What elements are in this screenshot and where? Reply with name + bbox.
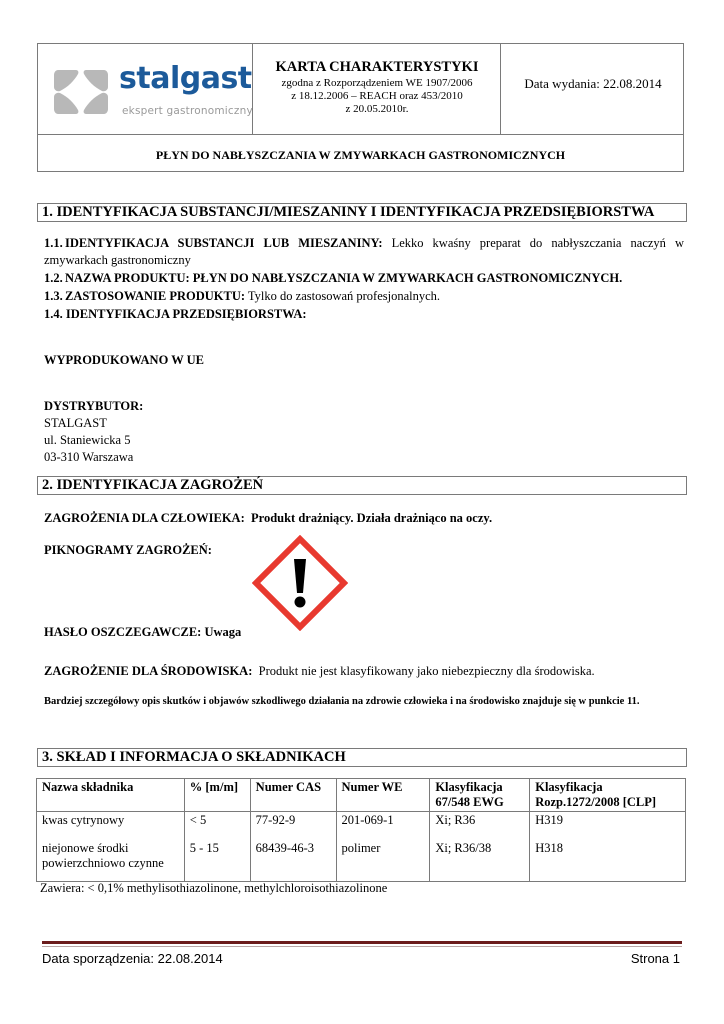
human-hazard: ZAGROŻENIA DLA CZŁOWIEKA: Produkt drażni… xyxy=(44,510,492,527)
column-header: % [m/m] xyxy=(184,779,250,812)
contains-note: Zawiera: < 0,1% methylisothiazolinone, m… xyxy=(40,880,387,897)
table-cell: 77-92-9 xyxy=(250,812,336,841)
page-number: Strona 1 xyxy=(631,951,680,966)
subsection-label: NAZWA PRODUKTU: PŁYN DO NABŁYSZCZANIA W … xyxy=(65,271,622,285)
column-header: Numer WE xyxy=(336,779,430,812)
table-cell: H318 xyxy=(530,840,686,882)
regulation-line: zgodna z Rozporządzeniem WE 1907/2006 xyxy=(254,77,500,90)
table-header-row: Nazwa składnika % [m/m] Numer CAS Numer … xyxy=(37,779,686,812)
table-row: kwas cytrynowy < 5 77-92-9 201-069-1 Xi;… xyxy=(37,812,686,841)
subsection-number: 1.4. xyxy=(44,307,63,321)
pictograms-label: PIKNOGRAMY ZAGROŻEŃ: xyxy=(44,542,212,559)
regulation-line: z 18.12.2006 – REACH oraz 453/2010 xyxy=(254,90,500,103)
subsection-1-3: 1.3.ZASTOSOWANIE PRODUKTU: Tylko do zast… xyxy=(44,288,684,305)
table-cell: polimer xyxy=(336,840,430,882)
subsection-text: Tylko do zastosowań profesjonalnych. xyxy=(245,289,440,303)
signal-word-value: Uwaga xyxy=(201,625,241,639)
table-cell: niejonowe środki powierzchniowo czynne xyxy=(37,840,185,882)
distributor-name: STALGAST xyxy=(44,415,143,432)
footer-rule-thin xyxy=(42,946,682,947)
subsection-1-2: 1.2.NAZWA PRODUKTU: PŁYN DO NABŁYSZCZANI… xyxy=(44,270,684,287)
section-2-heading: 2. IDENTYFIKACJA ZAGROŻEŃ xyxy=(37,476,687,495)
column-header: Nazwa składnika xyxy=(37,779,185,812)
signal-word-label: HASŁO OSZCZEGAWCZE: xyxy=(44,625,201,639)
environment-hazard-text: Produkt nie jest klasyfikowany jako nieb… xyxy=(252,664,594,678)
column-header: Klasyfikacja Rozp.1272/2008 [CLP] xyxy=(530,779,686,812)
table-row: niejonowe środki powierzchniowo czynne 5… xyxy=(37,840,686,882)
distributor-city: 03-310 Warszawa xyxy=(44,449,143,466)
human-hazard-label: ZAGROŻENIA DLA CZŁOWIEKA: xyxy=(44,511,245,525)
composition-table: Nazwa składnika % [m/m] Numer CAS Numer … xyxy=(36,778,686,882)
table-cell: 201-069-1 xyxy=(336,812,430,841)
stalgast-mark-icon xyxy=(52,66,110,118)
table-cell: H319 xyxy=(530,812,686,841)
distributor-street: ul. Staniewicka 5 xyxy=(44,432,143,449)
header-row-divider xyxy=(38,134,683,135)
human-hazard-text: Produkt drażniący. Działa drażniąco na o… xyxy=(245,511,492,525)
subsection-number: 1.1. xyxy=(44,235,65,252)
signal-word: HASŁO OSZCZEGAWCZE: Uwaga xyxy=(44,624,241,641)
environment-hazard-label: ZAGROŻENIE DLA ŚRODOWISKA: xyxy=(44,664,252,678)
subsection-number: 1.2. xyxy=(44,270,65,287)
column-header: Klasyfikacja 67/548 EWG xyxy=(430,779,530,812)
exclamation-mark-hazard-icon xyxy=(252,535,348,631)
prepared-date: Data sporządzenia: 22.08.2014 xyxy=(42,951,223,966)
subsection-1-1: 1.1.IDENTYFIKACJA SUBSTANCJI LUB MIESZAN… xyxy=(44,235,684,269)
subsection-1-4: 1.4. IDENTYFIKACJA PRZEDSIĘBIORSTWA: xyxy=(44,306,684,323)
section-1-heading: 1. IDENTYFIKACJA SUBSTANCJI/MIESZANINY I… xyxy=(37,203,687,222)
table-cell: Xi; R36/38 xyxy=(430,840,530,882)
table-cell: Xi; R36 xyxy=(430,812,530,841)
issue-date: Data wydania: 22.08.2014 xyxy=(501,76,685,92)
table-cell: 68439-46-3 xyxy=(250,840,336,882)
environment-hazard: ZAGROŻENIE DLA ŚRODOWISKA: Produkt nie j… xyxy=(44,663,595,680)
subsection-label: IDENTYFIKACJA SUBSTANCJI LUB MIESZANINY: xyxy=(65,236,383,250)
table-cell: kwas cytrynowy xyxy=(37,812,185,841)
stalgast-logo: stalgast ekspert gastronomiczny xyxy=(52,64,242,124)
column-header: Numer CAS xyxy=(250,779,336,812)
logo-brand: stalgast xyxy=(119,61,252,96)
section-3-heading: 3. SKŁAD I INFORMACJA O SKŁADNIKACH xyxy=(37,748,687,767)
distributor-block: DYSTRYBUTOR: STALGAST ul. Staniewicka 5 … xyxy=(44,398,143,466)
header-divider xyxy=(252,44,253,134)
subsection-label: IDENTYFIKACJA PRZEDSIĘBIORSTWA: xyxy=(63,307,307,321)
made-in-label: WYPRODUKOWANO W UE xyxy=(44,352,204,369)
document-title-block: KARTA CHARAKTERYSTYKI zgodna z Rozporząd… xyxy=(254,58,500,116)
logo-tagline: ekspert gastronomiczny xyxy=(122,105,253,117)
subsection-number: 1.3. xyxy=(44,288,65,305)
detail-note: Bardziej szczegółowy opis skutków i obja… xyxy=(44,694,681,709)
regulation-line: z 20.05.2010r. xyxy=(254,103,500,116)
subsection-label: ZASTOSOWANIE PRODUKTU: xyxy=(65,289,245,303)
table-cell: 5 - 15 xyxy=(184,840,250,882)
product-name: PŁYN DO NABŁYSZCZANIA W ZMYWARKACH GASTR… xyxy=(38,148,683,163)
distributor-label: DYSTRYBUTOR: xyxy=(44,398,143,415)
document-title: KARTA CHARAKTERYSTYKI xyxy=(254,58,500,76)
table-cell: < 5 xyxy=(184,812,250,841)
document-header: stalgast ekspert gastronomiczny KARTA CH… xyxy=(37,43,684,172)
footer-rule xyxy=(42,941,682,944)
